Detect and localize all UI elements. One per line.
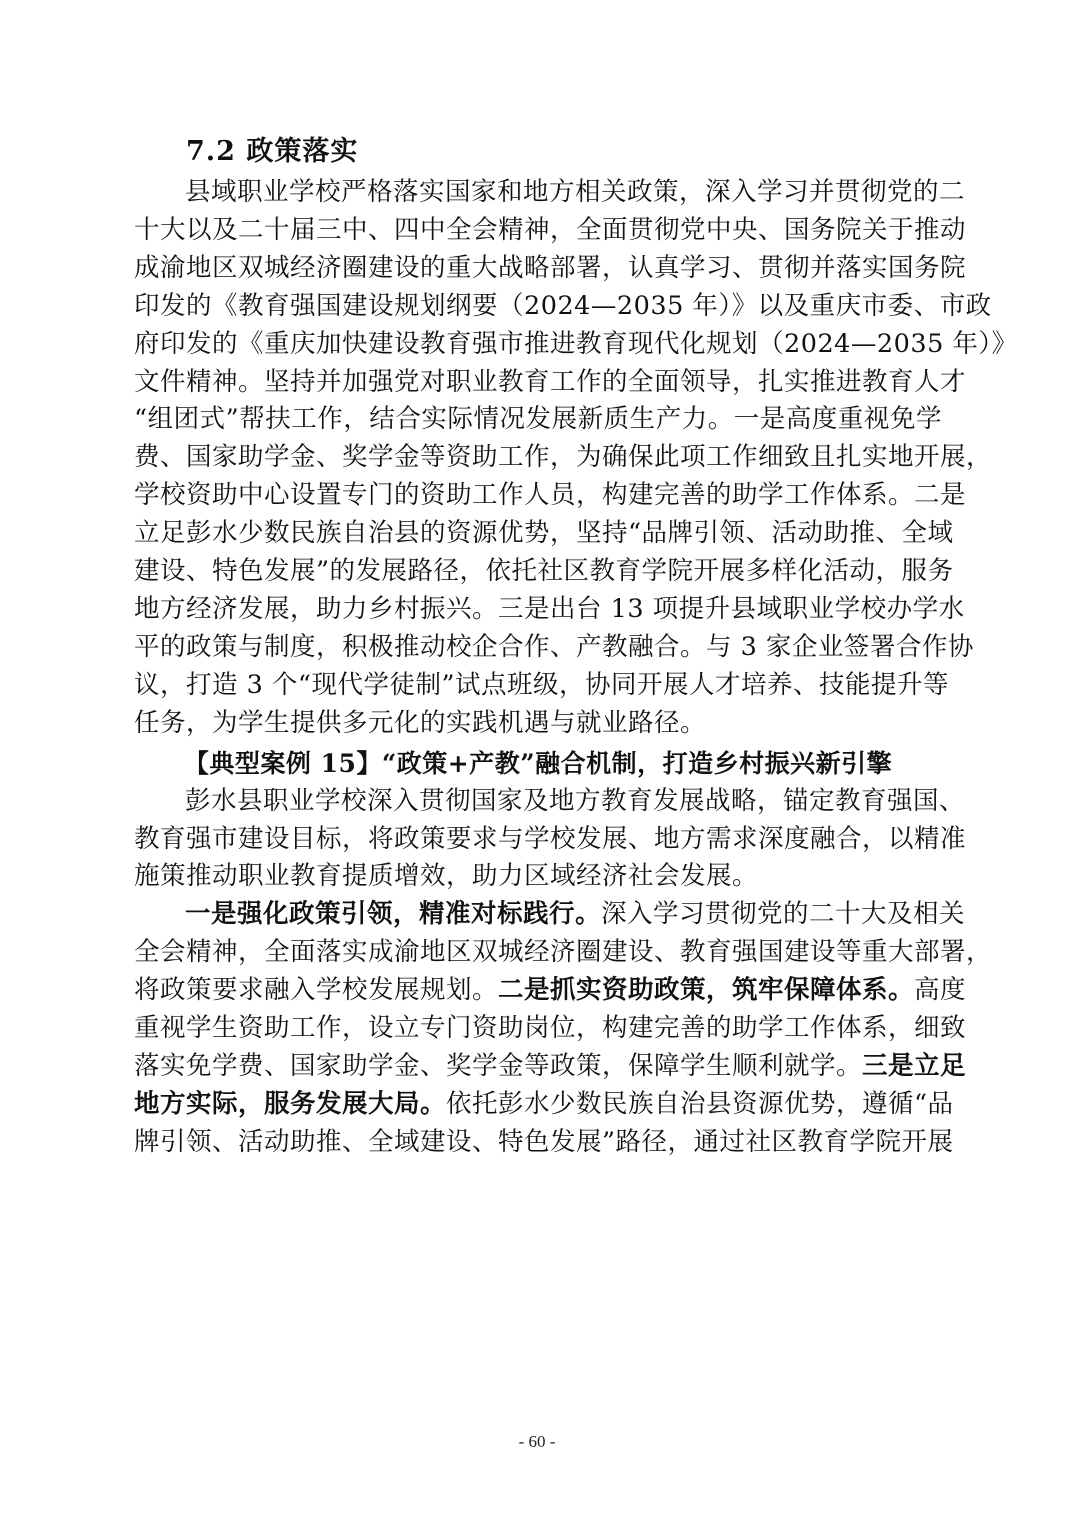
paragraph-line: 地方实际，服务发展大局。依托彭水少数民族自治县资源优势，遵循“品 [134,1086,942,1124]
paragraph-line: 重视学生资助工作，设立专门资助岗位，构建完善的助学工作体系，细致 [134,1010,942,1048]
case-study-points: 一是强化政策引领，精准对标践行。深入学习贯彻党的二十大及相关 全会精神，全面落实… [134,896,942,1161]
paragraph-line: 议，打造 3 个“现代学徒制”试点班级，协同开展人才培养、技能提升等 [134,667,942,705]
paragraph-line: 牌引领、活动助推、全域建设、特色发展”路径，通过社区教育学院开展 [134,1124,942,1162]
case-study-title: 【典型案例 15】“政策+产教”融合机制，打造乡村振兴新引擎 [134,745,942,783]
paragraph-line: “组团式”帮扶工作，结合实际情况发展新质生产力。一是高度重视免学 [134,401,942,439]
paragraph-line: 教育强市建设目标，将政策要求与学校发展、地方需求深度融合，以精准 [134,821,942,859]
section-heading: 7.2 政策落实 [186,130,942,174]
point-3-heading-start: 三是立足 [862,1051,966,1081]
paragraph-line: 文件精神。坚持并加强党对职业教育工作的全面领导，扎实推进教育人才 [134,364,942,402]
paragraph-line: 建设、特色发展”的发展路径，依托社区教育学院开展多样化活动，服务 [134,553,942,591]
policy-paragraph: 县域职业学校严格落实国家和地方相关政策，深入学习并贯彻党的二 十大以及二十届三中… [134,174,942,743]
paragraph-line: 任务，为学生提供多元化的实践机遇与就业路径。 [134,705,942,743]
point-1-text-end: 将政策要求融入学校发展规划。 [134,975,498,1005]
point-1-heading: 一是强化政策引领，精准对标践行。 [185,899,601,929]
paragraph-line: 一是强化政策引领，精准对标践行。深入学习贯彻党的二十大及相关 [134,896,942,934]
point-2-heading: 二是抓实资助政策，筑牢保障体系。 [498,975,914,1005]
paragraph-line: 彭水县职业学校深入贯彻国家及地方教育发展战略，锚定教育强国、 [134,783,942,821]
paragraph-line: 印发的《教育强国建设规划纲要（2024—2035 年）》以及重庆市委、市政 [134,288,942,326]
paragraph-line: 费、国家助学金、奖学金等资助工作，为确保此项工作细致且扎实地开展， [134,439,942,477]
paragraph-line: 十大以及二十届三中、四中全会精神，全面贯彻党中央、国务院关于推动 [134,212,942,250]
paragraph-line: 平的政策与制度，积极推动校企合作、产教融合。与 3 家企业签署合作协 [134,629,942,667]
page-content: 7.2 政策落实 县域职业学校严格落实国家和地方相关政策，深入学习并贯彻党的二 … [134,130,942,1162]
case-study-intro: 彭水县职业学校深入贯彻国家及地方教育发展战略，锚定教育强国、 教育强市建设目标，… [134,783,942,897]
point-2-text-end: 落实免学费、国家助学金、奖学金等政策，保障学生顺利就学。 [134,1051,862,1081]
document-page: 7.2 政策落实 县域职业学校严格落实国家和地方相关政策，深入学习并贯彻党的二 … [0,0,1074,1520]
paragraph-line: 府印发的《重庆加快建设教育强市推进教育现代化规划（2024—2035 年）》 [134,326,942,364]
paragraph-line: 县域职业学校严格落实国家和地方相关政策，深入学习并贯彻党的二 [134,174,942,212]
point-2-text: 高度 [914,975,966,1005]
paragraph-line: 立足彭水少数民族自治县的资源优势，坚持“品牌引领、活动助推、全域 [134,515,942,553]
point-1-text: 深入学习贯彻党的二十大及相关 [601,899,965,929]
point-3-heading-end: 地方实际，服务发展大局。 [134,1089,446,1119]
paragraph-line: 将政策要求融入学校发展规划。二是抓实资助政策，筑牢保障体系。高度 [134,972,942,1010]
point-3-text: 依托彭水少数民族自治县资源优势，遵循“品 [446,1089,954,1119]
paragraph-line: 施策推动职业教育提质增效，助力区域经济社会发展。 [134,858,942,896]
paragraph-line: 落实免学费、国家助学金、奖学金等政策，保障学生顺利就学。三是立足 [134,1048,942,1086]
paragraph-line: 成渝地区双城经济圈建设的重大战略部署，认真学习、贯彻并落实国务院 [134,250,942,288]
paragraph-line: 全会精神，全面落实成渝地区双城经济圈建设、教育强国建设等重大部署， [134,934,942,972]
paragraph-line: 学校资助中心设置专门的资助工作人员，构建完善的助学工作体系。二是 [134,477,942,515]
paragraph-line: 地方经济发展，助力乡村振兴。三是出台 13 项提升县域职业学校办学水 [134,591,942,629]
page-number: - 60 - [0,1432,1074,1452]
